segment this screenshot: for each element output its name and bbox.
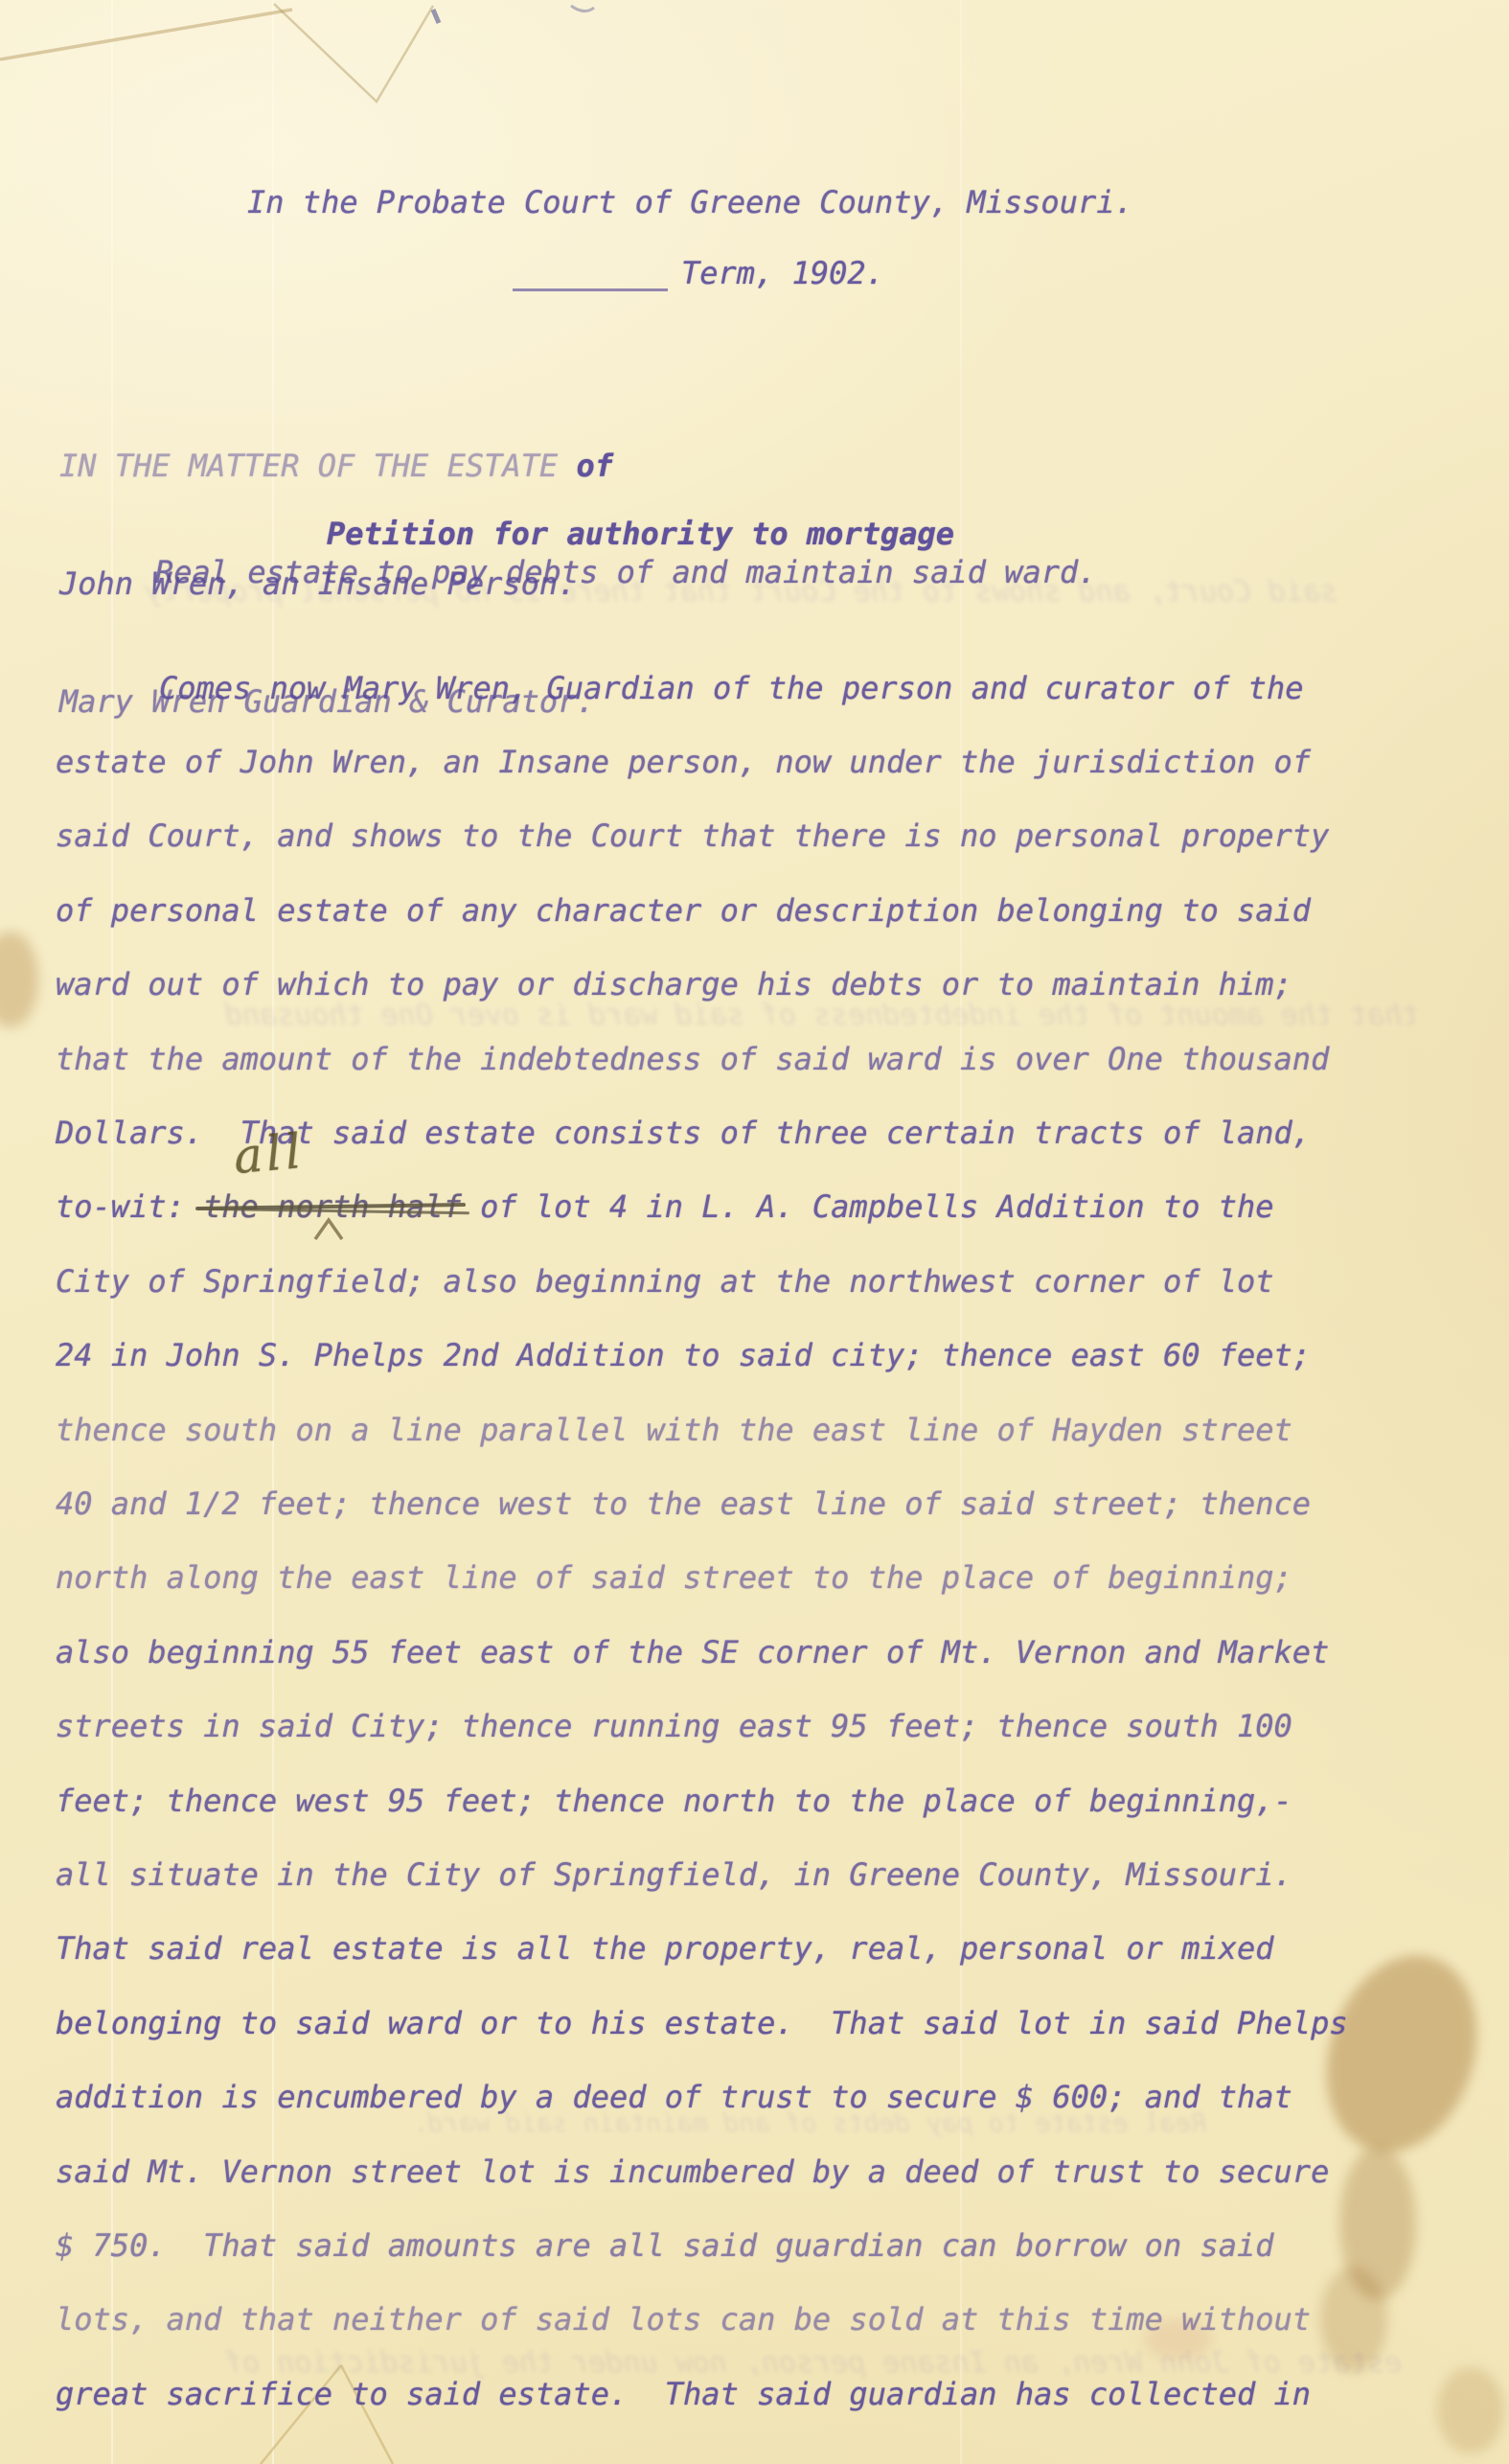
body-line: said Court, and shows to the Court that … [56,799,1474,873]
body-line: great sacrifice to said estate. That sai… [56,2357,1474,2430]
term-label: Term, 1902. [681,255,884,291]
body-line: Comes now Mary Wren, Guardian of the per… [56,651,1474,725]
towit-rest: of lot 4 in L. A. Campbells Addition to … [462,1188,1274,1225]
caption-line-1: IN THE MATTER OF THE ESTATE of [59,447,613,486]
term-underline [513,256,668,291]
body-line: streets in said City; thence running eas… [56,1689,1474,1762]
body-line: $ 750. That said amounts are all said gu… [56,2208,1474,2282]
handwritten-insertion: all [232,1123,308,1185]
body-line-towit: to-wit: the north half of lot 4 in L. A.… [56,1170,1474,1244]
body-line: 40 and 1/2 feet; thence west to the east… [56,1466,1474,1540]
petition-heading-line-2: Real estate to pay debts of and maintain… [155,554,1097,590]
document-page: said Court, and shows to the Court that … [0,0,1509,2464]
body-line: belonging to said ward or to his estate.… [56,1986,1474,2060]
insertion-caret [312,1216,345,1241]
body-line: all situate in the City of Springfield, … [56,1837,1474,1911]
body-line: City of Springfield; also beginning at t… [56,1244,1474,1318]
body-line: north along the east line of said street… [56,1541,1474,1615]
body-line: lots, and that neither of said lots can … [56,2283,1474,2357]
body-line: of personal estate of any character or d… [56,873,1474,947]
body-line: addition is encumbered by a deed of trus… [56,2060,1474,2133]
term-line: Term, 1902. [513,255,884,291]
petition-heading-line-1: Petition for authority to mortgage [327,516,954,552]
body-line: that the amount of the indebtedness of s… [56,1022,1474,1095]
court-title: In the Probate Court of Greene County, M… [247,184,1133,220]
body-line: said Mt. Vernon street lot is incumbered… [56,2134,1474,2208]
body-line: feet; thence west 95 feet; thence north … [56,1763,1474,1837]
body-line: also beginning 55 feet east of the SE co… [56,1615,1474,1689]
petition-body: Comes now Mary Wren, Guardian of the per… [56,651,1474,2430]
towit-prefix: to-wit: [56,1188,203,1225]
body-line: estate of John Wren, an Insane person, n… [56,725,1474,798]
body-line: That said real estate is all the propert… [56,1912,1474,1986]
stain [0,932,38,1027]
body-line: thence south on a line parallel with the… [56,1393,1474,1466]
body-line: 24 in John S. Phelps 2nd Addition to sai… [56,1319,1474,1393]
body-line: ward out of which to pay or discharge hi… [56,948,1474,1022]
